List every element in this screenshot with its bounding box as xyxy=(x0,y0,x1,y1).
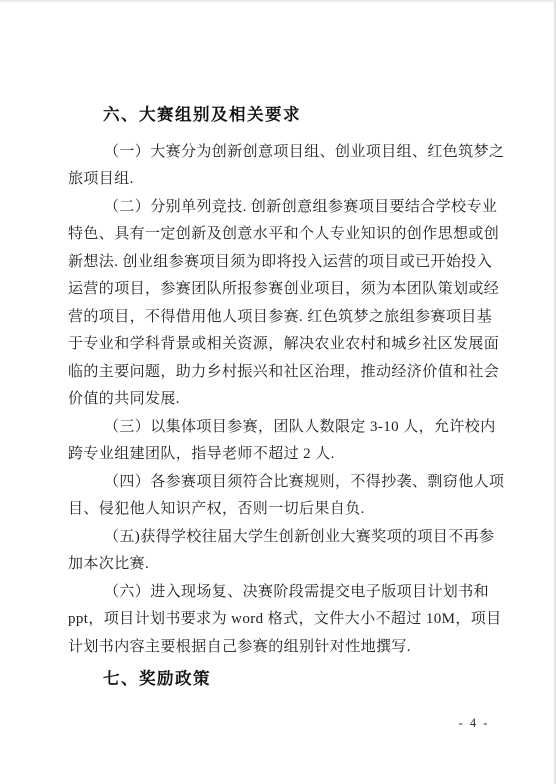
text-line: 加本次比赛. xyxy=(68,554,500,576)
text-line: ppt，项目计划书要求为 word 格式，文件大小不超过 10M，项目 xyxy=(68,609,500,631)
text-line-item-5-start: （五)获得学校往届大学生创新创业大赛奖项的项目不再参 xyxy=(68,527,500,549)
text-line: 于专业和学科背景或相关资源，解决农业农村和城乡社区发展面 xyxy=(68,334,500,356)
text-line: 新想法. 创业组参赛项目须为即将投入运营的项目或已开始投入 xyxy=(68,252,500,274)
text-line: 运营的项目，参赛团队所报参赛创业项目，须为本团队策划或经 xyxy=(68,279,500,301)
text-line-item-6-start: （六）进入现场复、决赛阶段需提交电子版项目计划书和 xyxy=(68,582,500,604)
document-page: 六、大赛组别及相关要求 （一）大赛分为创新创意项目组、创业项目组、红色筑梦之 旅… xyxy=(0,0,556,784)
section-heading-6: 六、大赛组别及相关要求 xyxy=(103,105,535,127)
text-line: 跨专业组建团队，指导老师不超过 2 人. xyxy=(68,444,500,466)
text-line: 价值的共同发展. xyxy=(68,389,500,411)
text-line: 旅项目组. xyxy=(68,169,500,191)
section-heading-7: 七、奖励政策 xyxy=(103,669,535,691)
text-line-item-3-start: （三）以集体项目参赛，团队人数限定 3-10 人，允许校内 xyxy=(68,417,500,439)
text-line-item-1-start: （一）大赛分为创新创意项目组、创业项目组、红色筑梦之 xyxy=(68,142,500,164)
text-line: 特色、具有一定创新及创意水平和个人专业知识的创作思想或创 xyxy=(68,224,500,246)
text-line: 目、侵犯他人知识产权，否则一切后果自负. xyxy=(68,499,500,521)
page-number: - 4 - xyxy=(448,716,500,731)
text-line-item-4-start: （四）各参赛项目须符合比赛规则，不得抄袭、剽窃他人项 xyxy=(68,472,500,494)
text-line: 临的主要问题，助力乡村振兴和社区治理，推动经济价值和社会 xyxy=(68,362,500,384)
text-line: 营的项目，不得借用他人项目参赛. 红色筑梦之旅组参赛项目基 xyxy=(68,307,500,329)
text-line: 计划书内容主要根据自己参赛的组别针对性地撰写. xyxy=(68,637,500,659)
text-line-item-2-start: （二）分别单列竞技. 创新创意组参赛项目要结合学校专业 xyxy=(68,197,500,219)
